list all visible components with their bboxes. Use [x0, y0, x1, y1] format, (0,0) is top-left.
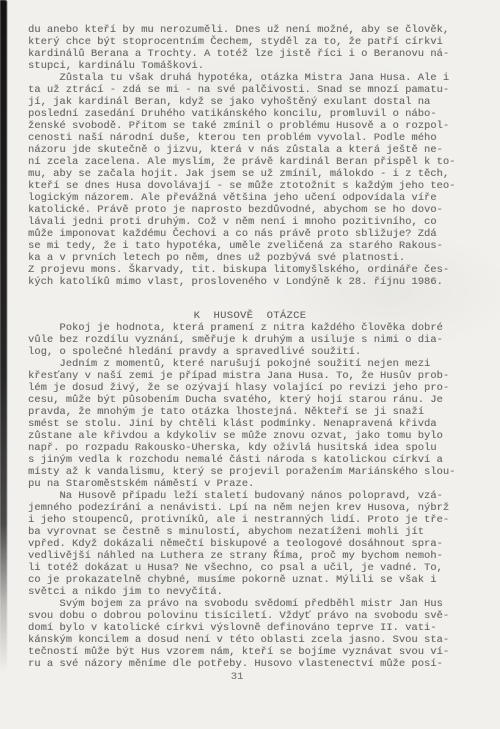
paragraph-jednim-z-momentu: Jedním z momentů, které narušují pokojné… [28, 358, 472, 490]
section-heading: K HUSOVĚ OTÁZCE [28, 310, 472, 322]
scanned-document-page: du anebo kteří by mu nerozuměli. Dnes už… [0, 0, 500, 729]
paragraph-pokoj: Pokoj je hodnota, která pramení z nitra … [28, 322, 472, 358]
paragraph-continuation: du anebo kteří by mu nerozuměli. Dnes už… [28, 24, 472, 72]
attribution-note: Z projevu mons. Škarvady, tit. biskupa l… [28, 264, 472, 288]
paragraph-hus-hypoteka: Zůstala tu však druhá hypotéka, otázka M… [28, 72, 472, 264]
document-content: du anebo kteří by mu nerozuměli. Dnes už… [28, 24, 472, 683]
scan-binding-edge-shadow [0, 0, 7, 672]
paragraph-svym-bojem: Svým bojem za právo na svobodu svědomí p… [28, 598, 472, 670]
page-number: 31 [15, 671, 459, 683]
paragraph-na-husove-pripadu: Na Husově případu leží staletí budovaný … [28, 490, 472, 598]
